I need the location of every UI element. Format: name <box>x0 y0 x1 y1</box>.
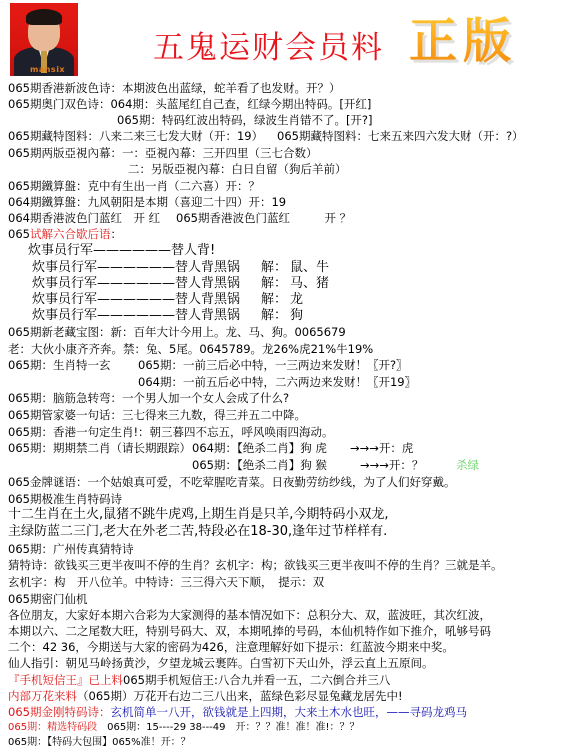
hidden-chart-064: 065期藏特图料：八来二来三七发大财（开：19） <box>8 129 263 143</box>
guangzhou-fax-title: 065期：广州传真猜特诗 <box>8 542 133 556</box>
sms-king-label: 『手机短信王』已上料 <box>8 673 123 687</box>
page-title: 五鬼运财会员料 <box>153 22 384 67</box>
riddle-item: 炊事员行军——————替人背黑锅 解： 鼠、牛 <box>32 261 240 275</box>
banned-two-064-result: →→→开：虎 <box>350 441 413 455</box>
riddle-answer-label: 解： <box>261 277 287 291</box>
guess-poem: 猜特诗：欲钱买三更半夜叫不停的生肖？玄机字：构；欲钱买三更半夜叫不停的生肖？三就… <box>8 558 503 572</box>
wanhua-label: 内部万花来料 <box>8 689 77 703</box>
riddle-issue: 065 <box>8 227 30 241</box>
riddle-answer: 龙 <box>290 293 303 307</box>
treasure-map-new: 065期新老藏宝图：新：百年大计今用上。龙、马、狗。0065679 <box>8 325 346 339</box>
immortal-guide: 仙人指引：朝见马岭扬黄沙，夕望龙城云裹阵。白雪初下天山外，浮云直上五原间。 <box>8 656 434 670</box>
surround-title: 065期：【特码大包围】065%准！开：？ <box>8 736 191 750</box>
hidden-chart-065: 065期藏特图料：七来五来四六发大财（开：?） <box>277 129 524 143</box>
banned-two-label: 065期：期期禁二肖（请长期跟踪） <box>8 441 191 455</box>
genuine-badge: 正版 <box>409 2 517 71</box>
secret-gate-p3: 二个：42 36，今期送与大家的密码为426，注意理解好如下提示：红蓝波今期来中… <box>8 640 454 654</box>
riddle-question: 炊事员行军——————替人背黑锅 <box>32 308 240 323</box>
hk-wave-gate-065: 065期香港波色门蓝红 开 ？ <box>176 211 351 225</box>
zodiac-special-064: 064期：一前五后必中特，二六两边来发财！〖开19〗 <box>138 375 416 389</box>
riddle-item: 炊事员行军——————替人背黑锅 解： 狗 <box>32 309 240 323</box>
riddle-title: 试解六合歇后语 <box>30 227 111 241</box>
hk-wave-gate-064: 064期香港波色门蓝红 开 红 <box>8 211 160 225</box>
mystic-word: 玄机字：构 开八位羊。中特诗：三三得六天下顺， 提示：双 <box>8 575 324 589</box>
riddle-question: 炊事员行军——————替人背黑锅 <box>32 292 240 307</box>
secret-gate-p1: 各位朋友，大家好本期六合彩为大家测得的基本情况如下：总积分大、双，蓝波旺，其次红… <box>8 608 491 622</box>
selected-range-text: 065期：15----29 38---49 开：？？准！准！准!：？？ <box>107 722 359 733</box>
zodiac-special-065: 065期：一前三后必中特，一三两边来发财！〖开?〗 <box>138 358 408 372</box>
banned-two-065: 065期：【绝杀二肖】狗 猴 <box>192 458 327 472</box>
vajra-poem: 065期金刚特码诗：玄机简单一八开，欲钱就是上四期，大来土木水也旺，——寻码龙鸡… <box>8 705 467 719</box>
photo-watermark: mansix <box>30 65 65 74</box>
zodiac-poem-title: 065期极准生肖特码诗 <box>8 492 122 506</box>
riddle-answer-label: 解： <box>261 293 287 307</box>
hk-wave-poem: 065期香港新波色诗：本期波色出蓝绿，蛇羊看了也发财。开？） <box>8 81 340 95</box>
brain-teaser: 065期：脑筋急转弯：一个男人加一个女人会成了什么? <box>8 391 289 405</box>
vajra-label: 065期金刚特码诗： <box>8 705 110 719</box>
kill-green-note: 杀绿 <box>456 458 479 472</box>
photo-hair <box>26 9 62 25</box>
riddle-colon: ： <box>110 227 122 241</box>
sms-king: 『手机短信王』已上料065期手机短信王:八合九并看一五，二六倒合并三八 <box>8 673 390 687</box>
wanhua-text: （065期）万花开右边二三八出来，蓝绿色彩尽显兔藏龙居先中! <box>77 689 403 703</box>
riddle-head: 炊事员行军——————替人背! <box>28 244 215 258</box>
riddle-answer: 狗 <box>290 309 303 323</box>
riddle-answer: 鼠、牛 <box>290 261 329 275</box>
riddle-answer: 马、猪 <box>290 277 329 291</box>
selected-range: 065期：精选特码段 065期：15----29 38---49 开：？？准！准… <box>8 721 360 735</box>
vajra-text: 玄机简单一八开，欲钱就是上四期，大来土木水也旺，——寻码龙鸡马 <box>110 705 467 719</box>
riddle-question: 炊事员行军——————替人背黑锅 <box>32 276 240 291</box>
macau-color-poem: 065期奥门双色诗：064期：头蓝尾红自己查，红绿今期出特码。[开红] <box>8 97 371 111</box>
iron-abacus-065: 065期鐵算盤：克中有生出一肖（二六喜）开：？ <box>8 179 260 193</box>
header-banner: mansix 五鬼运财会员料 正版 正版 <box>0 0 573 80</box>
golden-riddle: 065金牌谜语：一个姑娘真可爱，不吃荤腥吃青菜。日夜勤劳纺纱线，为了人们好穿戴。 <box>8 475 455 489</box>
riddle-answer-label: 解： <box>261 309 287 323</box>
macau-color-poem-065: 065期：特码红波出特码，绿波生肖错不了。[开?] <box>117 113 373 127</box>
selected-range-label: 065期：精选特码段 <box>8 722 97 733</box>
hk-one-phrase: 065期：香港一句定生肖!：朝三暮四不忘五，呼风唤雨四海动。 <box>8 425 334 439</box>
sms-king-text: 065期手机短信王:八合九并看一五，二六倒合并三八 <box>123 673 390 687</box>
iron-abacus-064: 064期鐵算盤：九风朝阳是本期（喜迎二十四）开：19 <box>8 195 286 209</box>
secret-gate-title: 065期密门仙机 <box>8 592 87 606</box>
housekeeper-saying: 065期管家婆一句话：三七得来三九数，得三并五二中降。 <box>8 408 306 422</box>
treasure-map-old: 老：大伙小康齐齐奔。禁：兔、5尾。0645789。龙26%虎21%牛19% <box>8 342 373 356</box>
banned-two-064: 064期：【绝杀二肖】狗 虎 <box>192 441 327 455</box>
zodiac-poem-line1: 十二生肖在土火,鼠猪不跳牛虎鸡,上期生肖是只羊,今期特码小双龙, <box>8 508 389 522</box>
atv-insider-1: 065期两版亞視內幕：一：亞視內幕：三开四里（三七合数） <box>8 146 317 160</box>
author-photo: mansix <box>10 3 78 76</box>
banned-two-065-result: →→→开：？ <box>360 458 423 472</box>
wanhua-source: 内部万花来料（065期）万花开右边二三八出来，蓝绿色彩尽显兔藏龙居先中! <box>8 689 403 703</box>
riddle-item: 炊事员行军——————替人背黑锅 解： 马、猪 <box>32 277 240 291</box>
riddle-item: 炊事员行军——————替人背黑锅 解： 龙 <box>32 293 240 307</box>
atv-insider-2: 二：另版亞視內幕：白日自留（狗后羊前） <box>128 162 347 176</box>
riddle-section-heading: 065试解六合歇后语： <box>8 227 122 241</box>
zodiac-poem-line2: 主绿防蓝二三门,老大在外老二苦,特段必在18-30,逢年过节样样有. <box>8 525 387 539</box>
secret-gate-p2: 本期以六、二之尾数大旺，特别号码大、双，本期吼捧的号码，本仙机特作如下推介，吼够… <box>8 624 491 638</box>
zodiac-special-label: 065期：生肖特一玄 <box>8 358 110 372</box>
riddle-answer-label: 解： <box>261 261 287 275</box>
riddle-question: 炊事员行军——————替人背黑锅 <box>32 260 240 275</box>
